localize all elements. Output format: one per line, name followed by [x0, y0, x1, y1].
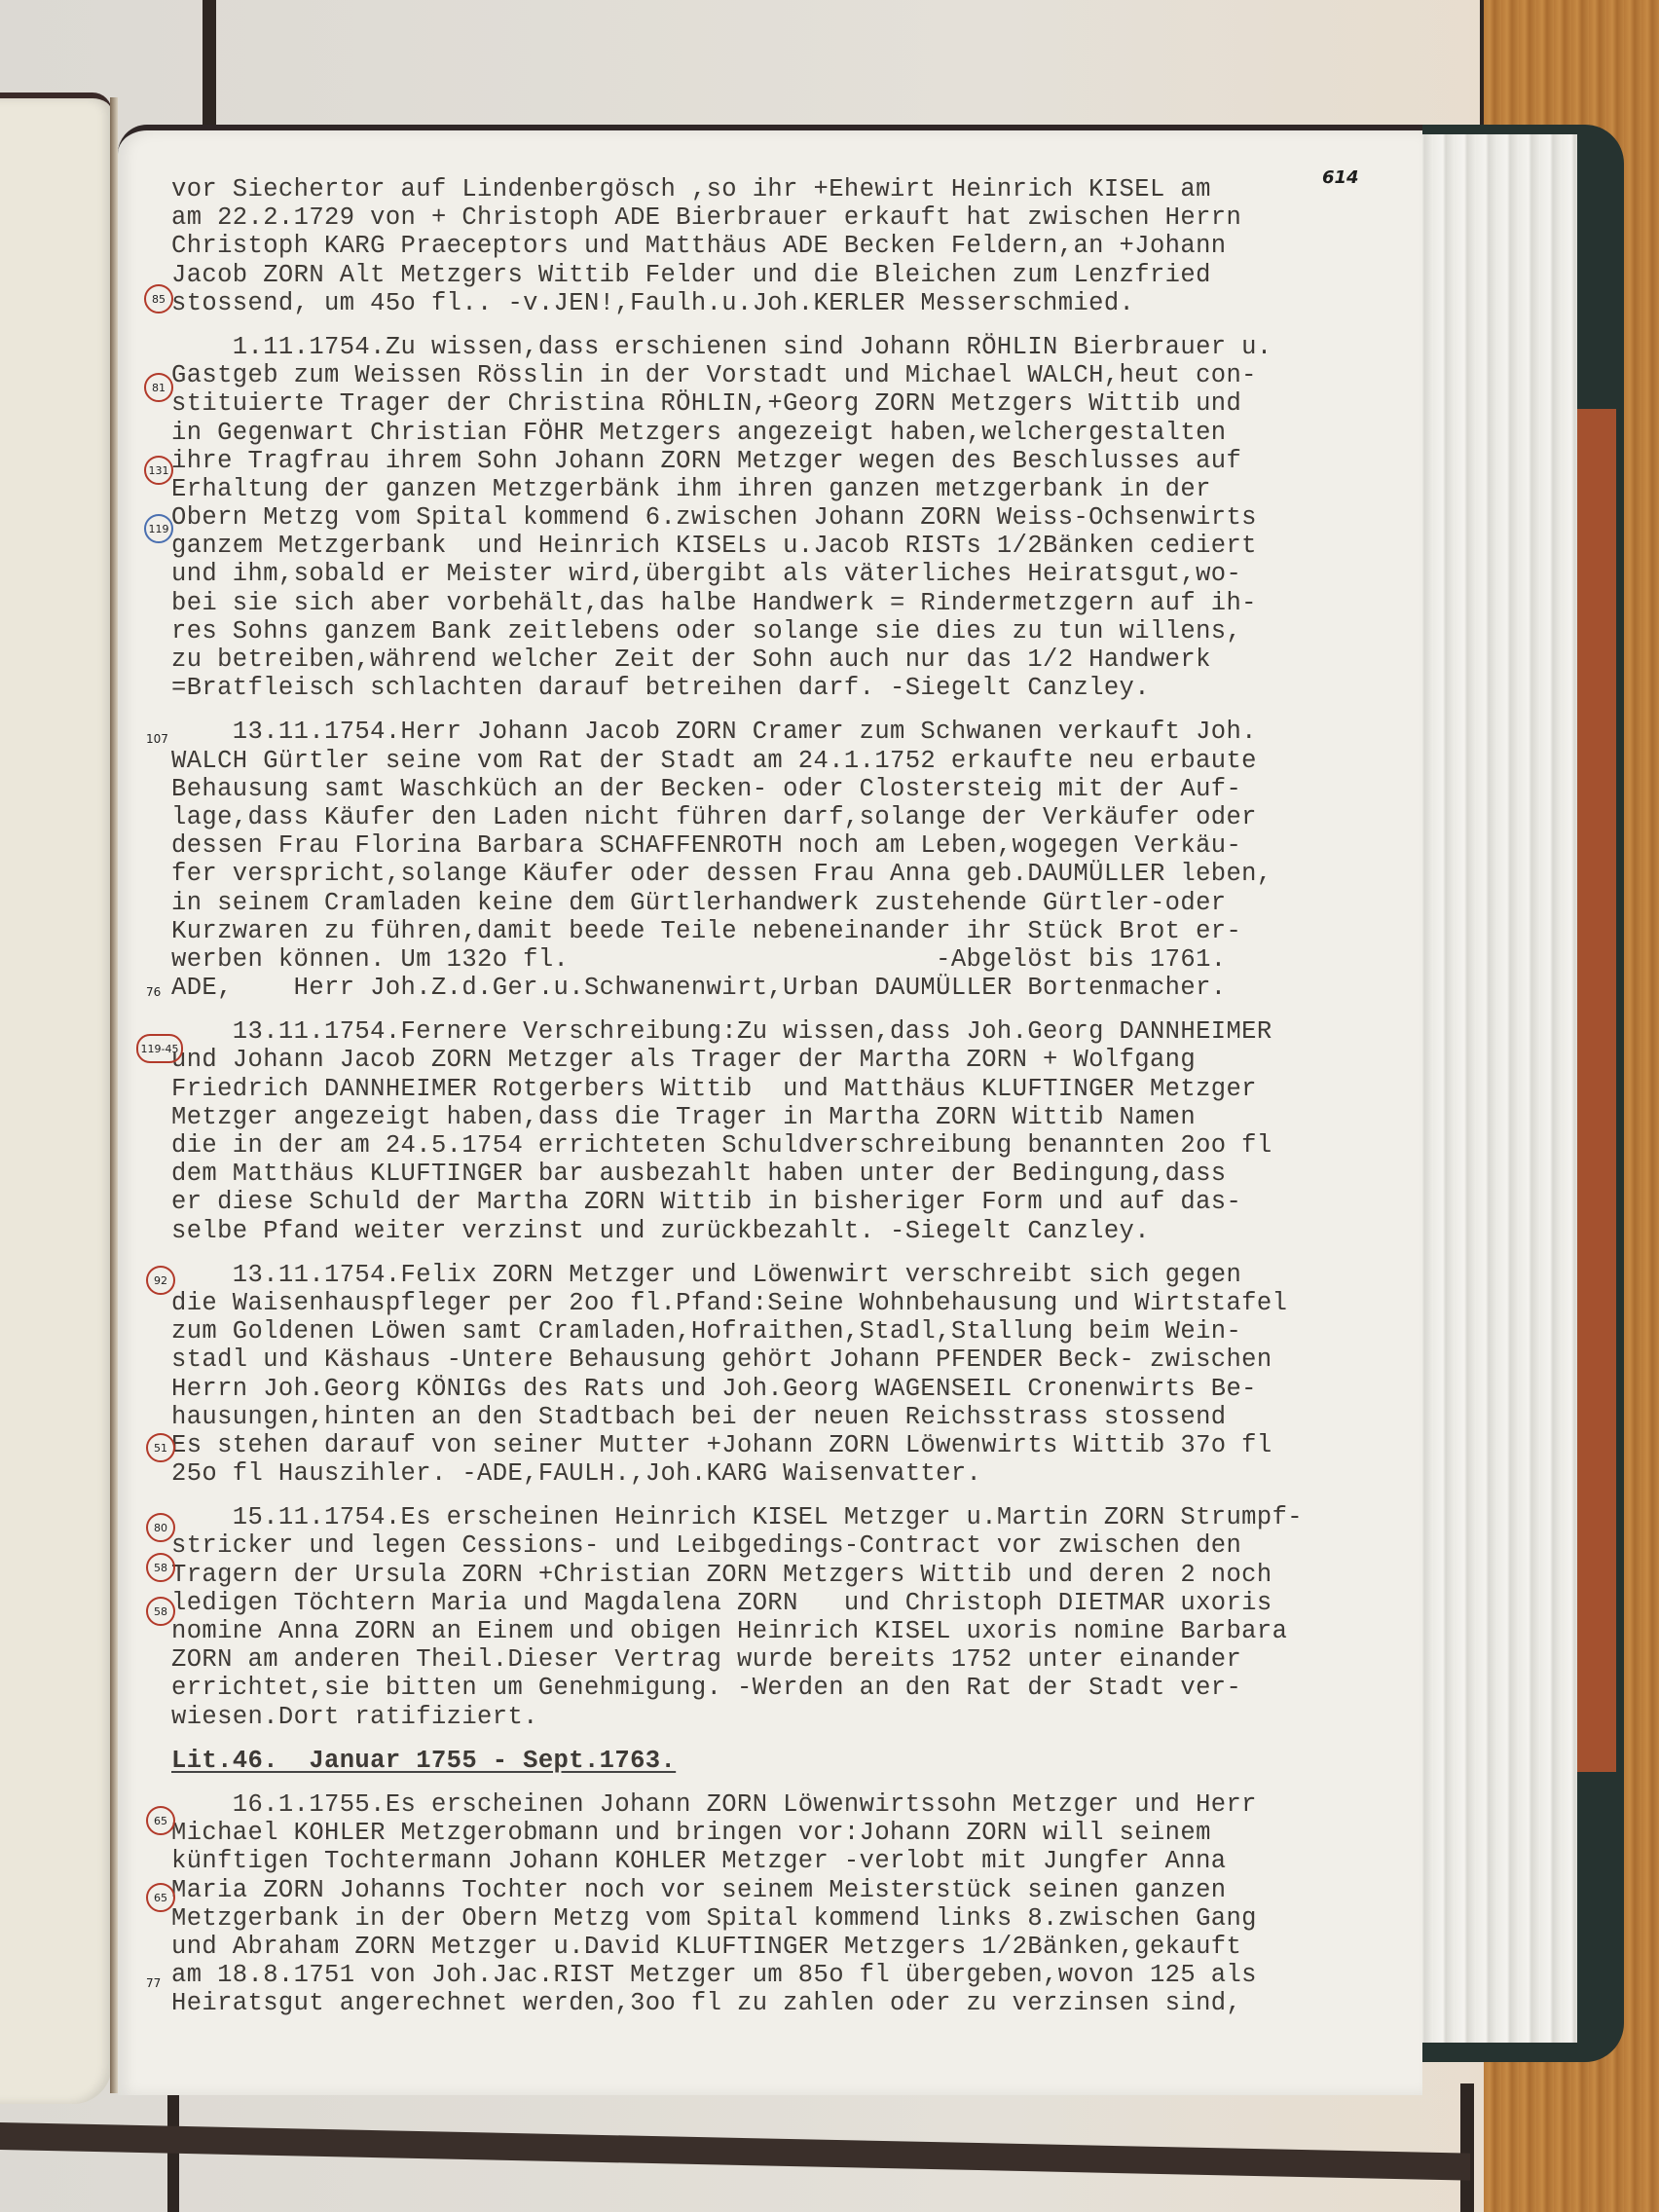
text-line: res Sohns ganzem Bank zeitlebens oder so…: [171, 617, 1427, 645]
section-heading: Lit.46. Januar 1755 - Sept.1763.: [171, 1747, 1427, 1775]
text-line: in Gegenwart Christian FÖHR Metzgers ang…: [171, 419, 1427, 447]
margin-reference-number: 76: [146, 985, 161, 999]
text-line: Kurzwaren zu führen,damit beede Teile ne…: [171, 917, 1427, 945]
margin-reference-number: 107: [146, 732, 168, 746]
book-cover-edge: [1577, 409, 1616, 1772]
paragraph-gap: [171, 1731, 1427, 1747]
text-line: Tragern der Ursula ZORN +Christian ZORN …: [171, 1561, 1427, 1589]
text-line: dessen Frau Florina Barbara SCHAFFENROTH…: [171, 831, 1427, 860]
text-line: am 22.2.1729 von + Christoph ADE Bierbra…: [171, 203, 1427, 232]
margin-reference-number: 58: [146, 1553, 175, 1582]
text-line: fer verspricht,solange Käufer oder desse…: [171, 860, 1427, 888]
text-line: Metzgerbank in der Obern Metzg vom Spita…: [171, 1904, 1427, 1933]
typewritten-text: vor Siechertor auf Lindenbergösch ,so ih…: [171, 175, 1427, 2017]
tile-grout: [1460, 2083, 1474, 2212]
text-line: stossend, um 45o fl.. -v.JEN!,Faulh.u.Jo…: [171, 289, 1427, 317]
text-line: 16.1.1755.Es erscheinen Johann ZORN Löwe…: [171, 1790, 1427, 1819]
margin-reference-number: 58: [146, 1597, 175, 1626]
text-line: und ihm,sobald er Meister wird,übergibt …: [171, 560, 1427, 588]
text-line: 15.11.1754.Es erscheinen Heinrich KISEL …: [171, 1503, 1427, 1531]
text-line: ganzem Metzgerbank und Heinrich KISELs u…: [171, 532, 1427, 560]
margin-reference-number: 80: [146, 1513, 175, 1542]
text-line: ZORN am anderen Theil.Dieser Vertrag wur…: [171, 1645, 1427, 1674]
text-line: Michael KOHLER Metzgerobmann und bringen…: [171, 1819, 1427, 1847]
text-line: Gastgeb zum Weissen Rösslin in der Vorst…: [171, 361, 1427, 389]
text-line: Obern Metzg vom Spital kommend 6.zwische…: [171, 503, 1427, 532]
margin-reference-number: 92: [146, 1266, 175, 1295]
text-line: Es stehen darauf von seiner Mutter +Joha…: [171, 1431, 1427, 1459]
page-stack-edge: [1412, 134, 1577, 2043]
text-line: ledigen Töchtern Maria und Magdalena ZOR…: [171, 1589, 1427, 1617]
text-line: Friedrich DANNHEIMER Rotgerbers Wittib u…: [171, 1075, 1427, 1103]
text-line: dem Matthäus KLUFTINGER bar ausbezahlt h…: [171, 1160, 1427, 1188]
text-line: vor Siechertor auf Lindenbergösch ,so ih…: [171, 175, 1427, 203]
paragraph-gap: [171, 317, 1427, 333]
text-line: Behausung samt Waschküch an der Becken- …: [171, 775, 1427, 803]
text-line: 25o fl Hauszihler. -ADE,FAULH.,Joh.KARG …: [171, 1459, 1427, 1488]
text-line: 13.11.1754.Felix ZORN Metzger und Löwenw…: [171, 1261, 1427, 1289]
text-line: Erhaltung der ganzen Metzgerbänk ihm ihr…: [171, 475, 1427, 503]
text-line: WALCH Gürtler seine vom Rat der Stadt am…: [171, 747, 1427, 775]
margin-reference-number: 65: [146, 1883, 175, 1912]
text-line: Maria ZORN Johanns Tochter noch vor sein…: [171, 1876, 1427, 1904]
margin-reference-number: 81: [144, 373, 173, 402]
text-line: selbe Pfand weiter verzinst und zurückbe…: [171, 1217, 1427, 1245]
text-line: stadl und Käshaus -Untere Behausung gehö…: [171, 1346, 1427, 1374]
paragraph-gap: [171, 702, 1427, 718]
text-line: 1.11.1754.Zu wissen,dass erschienen sind…: [171, 333, 1427, 361]
text-line: hausungen,hinten an den Stadtbach bei de…: [171, 1403, 1427, 1431]
margin-reference-number: 131: [144, 456, 173, 485]
text-line: stricker und legen Cessions- und Leibged…: [171, 1531, 1427, 1560]
left-page: [0, 92, 112, 2104]
margin-reference-number: 65: [146, 1806, 175, 1835]
text-line: =Bratfleisch schlachten darauf betreihen…: [171, 674, 1427, 702]
text-line: Jacob ZORN Alt Metzgers Wittib Felder un…: [171, 261, 1427, 289]
text-line: und Abraham ZORN Metzger u.David KLUFTIN…: [171, 1933, 1427, 1961]
text-line: am 18.8.1751 von Joh.Jac.RIST Metzger um…: [171, 1961, 1427, 1989]
text-line: stituierte Trager der Christina RÖHLIN,+…: [171, 389, 1427, 418]
text-line: Heiratsgut angerechnet werden,3oo fl zu …: [171, 1989, 1427, 2017]
text-line: 13.11.1754.Herr Johann Jacob ZORN Cramer…: [171, 718, 1427, 746]
margin-reference-number: 119-45: [136, 1034, 183, 1063]
paragraph-gap: [171, 1245, 1427, 1261]
text-line: er diese Schuld der Martha ZORN Wittib i…: [171, 1188, 1427, 1216]
text-line: ihre Tragfrau ihrem Sohn Johann ZORN Met…: [171, 447, 1427, 475]
paragraph-gap: [171, 1002, 1427, 1017]
text-line: die Waisenhauspfleger per 2oo fl.Pfand:S…: [171, 1289, 1427, 1317]
paragraph-gap: [171, 1775, 1427, 1790]
margin-reference-number: 77: [146, 1976, 161, 1990]
margin-reference-number: 119: [144, 514, 173, 543]
text-line: die in der am 24.5.1754 errichteten Schu…: [171, 1131, 1427, 1160]
text-line: werben können. Um 132o fl. -Abgelöst bis…: [171, 945, 1427, 974]
text-line: lage,dass Käufer den Laden nicht führen …: [171, 803, 1427, 831]
text-line: Herrn Joh.Georg KÖNIGs des Rats und Joh.…: [171, 1375, 1427, 1403]
text-line: zu betreiben,während welcher Zeit der So…: [171, 645, 1427, 674]
text-line: wiesen.Dort ratifiziert.: [171, 1703, 1427, 1731]
text-line: nomine Anna ZORN an Einem und obigen Hei…: [171, 1617, 1427, 1645]
text-line: künftigen Tochtermann Johann KOHLER Metz…: [171, 1847, 1427, 1875]
margin-reference-number: 85: [144, 284, 173, 313]
paragraph-gap: [171, 1488, 1427, 1503]
text-line: zum Goldenen Löwen samt Cramladen,Hofrai…: [171, 1317, 1427, 1346]
book-gutter: [110, 97, 118, 2093]
tile-grout: [203, 0, 216, 127]
text-line: errichtet,sie bitten um Genehmigung. -We…: [171, 1674, 1427, 1702]
text-line: in seinem Cramladen keine dem Gürtlerhan…: [171, 889, 1427, 917]
text-line: bei sie sich aber vorbehält,das halbe Ha…: [171, 589, 1427, 617]
text-line: und Johann Jacob ZORN Metzger als Trager…: [171, 1046, 1427, 1074]
text-line: Christoph KARG Praeceptors und Matthäus …: [171, 232, 1427, 260]
text-line: ADE, Herr Joh.Z.d.Ger.u.Schwanenwirt,Urb…: [171, 974, 1427, 1002]
margin-reference-number: 51: [146, 1433, 175, 1462]
text-line: Metzger angezeigt haben,dass die Trager …: [171, 1103, 1427, 1131]
text-line: 13.11.1754.Fernere Verschreibung:Zu wiss…: [171, 1017, 1427, 1046]
